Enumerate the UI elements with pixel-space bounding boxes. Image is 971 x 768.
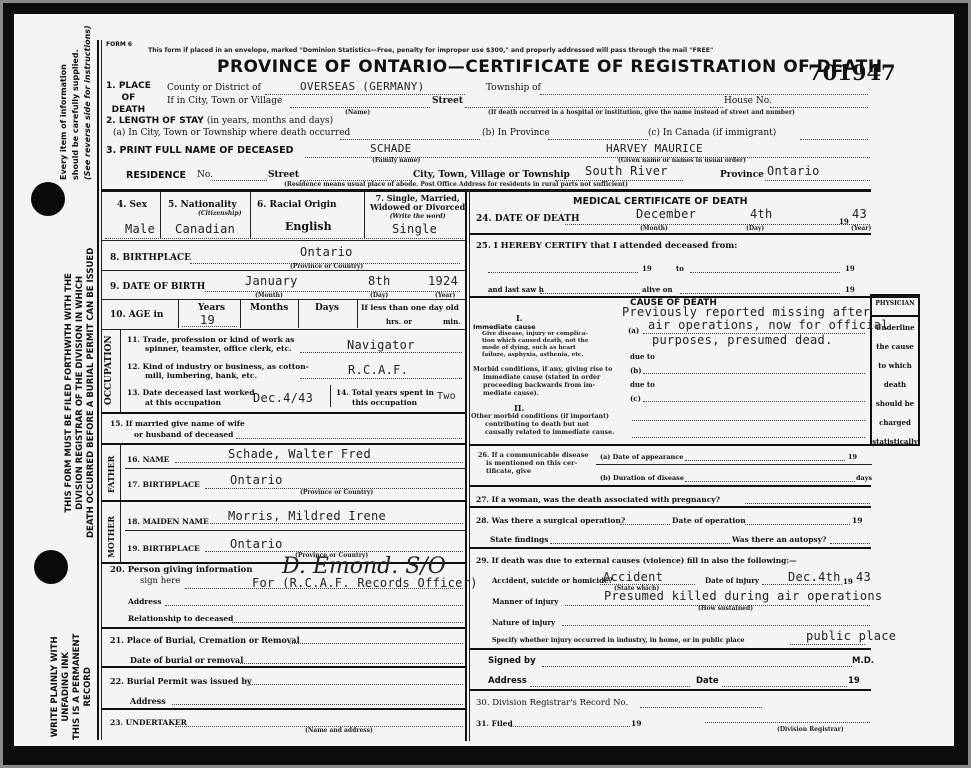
due-to-1: due to [630,352,655,361]
burial-permit-label: 22. Burial Permit was issued by [110,676,252,686]
county-label: County or District of [167,83,261,93]
informant-line [185,588,463,589]
medical-title: MEDICAL CERTIFICATE OF DEATH [573,196,748,207]
filed-line [510,726,630,727]
sex-col-divider [160,192,161,238]
relationship-label: Relationship to deceased [128,614,233,623]
industry-line [300,378,462,379]
punch-hole-top [31,182,65,216]
burial-address-label: Address [130,696,166,706]
external-label: 29. If death was due to external causes … [476,556,797,565]
alive-on-label: alive on [642,285,673,294]
given-name-caption: (Given name or names in usual order) [618,157,746,164]
communicable-a-suffix: 19 [848,453,857,461]
residence-no-label: No. [197,170,213,180]
dod-day-caption: (Day) [746,225,764,232]
township-label: Township of [486,83,541,93]
total-years-value[interactable]: Two [437,391,456,402]
pregnancy-bottom [469,506,871,508]
age-years-label: Years [198,303,225,313]
age-days-label: Days [315,303,339,313]
age-label: 10. AGE in [110,310,163,320]
house-field-line [770,107,868,108]
stay-canada-line [800,139,868,140]
residence-province-label: Province [720,170,764,180]
form-left-border-inner [101,40,102,740]
where-value[interactable]: public place [806,629,896,643]
communicable-b-line [685,481,855,482]
signed-bottom [469,689,871,691]
immediate-label: Immediate cause [473,323,536,331]
communicable-bottom [469,485,871,487]
certify-to-line [690,272,840,273]
communicable-a-label: (a) Date of appearance [600,453,683,461]
sex-value[interactable]: Male [125,222,155,236]
sign-date-line [722,686,847,687]
age-col-1 [178,300,179,328]
mother-side-label: MOTHER [106,516,116,558]
dob-month-value[interactable]: January [245,274,298,288]
cause-line-3[interactable]: purposes, presumed dead. [652,333,833,347]
residence-province-value[interactable]: Ontario [767,164,820,178]
manner-caption: (How sustained) [698,605,753,612]
birthplace-label: 8. BIRTHPLACE [110,253,191,263]
relationship-line [232,622,463,623]
mother-maiden-bottom [125,530,465,531]
spouse-label: 15. If married give name of wife or husb… [110,418,245,440]
surgery-date-suffix: 19 [852,516,862,525]
autopsy-line [830,543,870,544]
age-months-label: Months [250,303,288,313]
nationality-caption: (Citizenship) [198,210,242,217]
street-caption: (If death occurred in a hospital or inst… [488,109,795,116]
other-line-1 [632,420,865,421]
street-field-line [465,107,723,108]
dod-month-value[interactable]: December [636,207,696,221]
personal-row-dots [105,238,463,239]
cause-a-label: (a) [628,326,639,335]
stay-city-line [340,139,480,140]
other-morbid-label: Other morbid conditions (if important) c… [471,413,614,437]
place-of-death-label: 1. PLACE OF DEATH [106,80,151,116]
occupation-side-label: OCCUPATION [104,335,114,405]
residence-caption: (Residence means usual place of abode. P… [284,181,628,188]
industry-value[interactable]: R.C.A.F. [348,363,408,377]
nature-label: Nature of injury [492,618,555,627]
manner-value[interactable]: Presumed killed during air operations [604,589,882,603]
dod-year-prefix: 19 [839,217,849,226]
cause-line-2[interactable]: air operations, now for official [648,318,889,332]
city-field-line [290,107,430,108]
length-of-stay-label: 2. LENGTH OF STAY (in years, months and … [106,116,333,126]
certify-label: 25. I HEREBY CERTIFY that I attended dec… [476,241,737,251]
father-bottom [101,500,465,502]
surgery-date-line [745,524,850,525]
father-name-bottom [125,468,465,469]
manner-label: Manner of injury [492,597,558,606]
county-field-line [265,94,465,95]
nature-line [562,625,870,626]
racial-value[interactable]: English [285,220,332,233]
dod-month-caption: (Month) [640,225,668,232]
pregnancy-label: 27. If a woman, was the death associated… [476,495,720,504]
record-no-line [640,707,762,708]
trade-value[interactable]: Navigator [347,338,415,352]
burial-permit-bottom [101,708,465,710]
morbid-label: Morbid conditions, if any, giving rise t… [473,366,612,398]
injury-year-prefix: 19 [843,577,853,586]
communicable-label: 26. If a communicable disease is mention… [478,451,589,475]
birthplace-caption: (Province or Country) [290,263,363,270]
city-label: If in City, Town or Village [167,96,282,106]
dob-label: 9. DATE OF BIRTH [110,282,205,292]
informant-label: 20. Person giving information sign here [110,565,253,587]
informant-bottom [101,627,465,629]
external-bottom [469,648,871,650]
age-col-2 [240,300,241,328]
age-hrs-label: hrs. or [386,317,412,326]
surgery-date-label: Date of operation [672,516,746,525]
age-bottom [101,329,465,330]
father-birthplace-caption: (Province or Country) [300,489,373,496]
industry-label: 12. Kind of industry or business, as cot… [127,362,309,380]
cause-bottom [469,444,871,446]
father-name-value[interactable]: Schade, Walter Fred [228,447,371,461]
trade-line [300,352,462,353]
informant-address-line [165,605,463,606]
residence-city-label: City, Town, Village or Township [413,170,570,180]
immediate-desc: Give disease, injury or complica- tion w… [482,331,588,359]
physician-header-divider [870,315,918,317]
findings-label: State findings [490,535,549,544]
mother-birthplace-label: 19. BIRTHPLACE [127,544,200,553]
page-title: PROVINCE OF ONTARIO—CERTIFICATE OF REGIS… [217,57,883,77]
physician-note: Underline the cause to which death shoul… [872,318,918,451]
accident-type-value[interactable]: Accident [603,570,663,584]
undertaker-caption: (Name and address) [305,727,373,734]
burial-permit-line [250,684,463,685]
nationality-value[interactable]: Canadian [175,222,235,236]
dob-month-caption: (Month) [255,292,283,299]
physician-header: PHYSICIAN [872,299,918,309]
pregnancy-line [745,503,870,504]
total-years-label: 14. Total years spent in this occupation [336,388,434,408]
occupation-14-divider [330,385,331,407]
last-worked-value[interactable]: Dec.4/43 [253,391,313,405]
where-line [790,644,865,645]
injury-year-value[interactable]: 43 [856,570,871,584]
street-label: Street [432,96,463,106]
racial-label: 6. Racial Origin [257,200,337,210]
alive-on-line [680,293,840,294]
burial-date-label: Date of burial or removal [130,655,243,665]
deceased-name-label: 3. PRINT FULL NAME OF DECEASED [106,145,294,156]
sign-date-label: Date [696,676,719,686]
header-divider [101,189,871,192]
communicable-b-suffix: days [856,474,872,482]
dod-year-value[interactable]: 43 [852,207,867,221]
age-min-label: min. [443,317,461,326]
residence-label: RESIDENCE [126,170,186,181]
marital-value[interactable]: Single [392,222,437,236]
where-label: Specify whether injury occurred in indus… [492,637,745,644]
city-caption: (Name) [345,109,370,116]
house-label: House No. [724,96,772,106]
md-label: M.D. [852,656,874,666]
father-side-label: FATHER [106,456,116,493]
injury-date-label: Date of injury [705,576,759,585]
cause-b-line [643,373,865,374]
trade-label: 11. Trade, profession or kind of work as… [127,335,294,353]
occupation-bottom [101,412,465,414]
dob-year-value[interactable]: 1924 [428,274,458,288]
dod-bottom [469,233,871,235]
father-name-line [175,462,463,463]
form-label: FORM 6 [106,41,132,48]
certify-from-line [488,272,638,273]
last-worked-label: 13. Date deceased last worked at this oc… [127,388,255,408]
dod-day-value[interactable]: 4th [750,207,773,221]
birthplace-bottom [101,270,465,271]
signer-address-label: Address [488,676,527,686]
cause-c-line [643,401,865,402]
punch-hole-bottom [34,550,68,584]
certify-from-19: 19 [642,264,652,273]
father-name-label: 16. NAME [127,455,169,464]
margin-ink-notice: WRITE PLAINLY WITH UNFADING INK THIS IS … [50,634,94,740]
burial-place-line [290,643,463,644]
burial-address-line [172,704,463,705]
certify-to-19: 19 [845,264,855,273]
county-value[interactable]: OVERSEAS (GERMANY) [300,80,425,93]
burial-date-line [240,663,463,664]
dod-label: 24. DATE OF DEATH [476,214,580,224]
center-divider-inner [469,189,470,741]
alive-on-19: 19 [845,285,855,294]
communicable-b-label: (b) Duration of disease [600,474,684,482]
signed-by-line [542,666,852,667]
other-line-2 [632,437,865,438]
last-saw-line [540,293,640,294]
mother-maiden-label: 18. MAIDEN NAME [127,517,209,526]
informant-address-label: Address [128,597,161,606]
findings-line [550,543,730,544]
communicable-a-line [685,460,845,461]
signer-address-line [530,686,690,687]
dob-day-caption: (Day) [370,292,388,299]
form-left-border [97,40,99,740]
dob-day-value[interactable]: 8th [368,274,391,288]
stay-canada-label: (c) In Canada (if immigrant) [648,128,776,138]
dod-line [565,224,870,225]
filed-label: 31. Filed [476,719,513,728]
autopsy-label: Was there an autopsy? [732,535,826,544]
registrar-line [705,722,870,723]
registrar-caption: (Division Registrar) [777,726,844,733]
residence-no-line [212,180,267,181]
spouse-bottom [101,443,465,445]
personal-row-bottom [101,240,465,241]
mother-maiden-line [210,523,463,524]
communicable-mid [596,464,872,465]
mother-maiden-value[interactable]: Morris, Mildred Irene [228,509,386,523]
injury-date-line [762,584,842,585]
roman-2: II. [514,403,524,413]
dob-bottom [101,299,465,300]
father-birthplace-label: 17. BIRTHPLACE [127,480,200,489]
age-col-4 [357,300,358,328]
residence-province-line [765,180,870,181]
spouse-line [236,438,462,439]
marital-label: 7. Single, Married, Widowed or Divorced … [370,194,465,221]
age-col-3 [298,300,299,328]
age-less-label: If less than one day old [361,303,459,312]
accident-type-label: Accident, suicide or homicide? [492,576,613,585]
age-years-value[interactable]: 19 [200,313,215,327]
cause-b-label: (b) [630,366,642,375]
residence-street-label: Street [268,170,299,180]
mother-birthplace-value[interactable]: Ontario [230,537,283,551]
stay-province-label: (b) In Province [482,128,550,138]
occupation-side-divider [120,329,121,414]
cause-line-1[interactable]: Previously reported missing after [622,305,870,319]
dob-year-caption: (Year) [435,292,455,299]
certificate-number: 701947 [808,60,896,85]
residence-city-value[interactable]: South River [585,164,668,178]
father-side-divider [120,443,121,563]
family-name-caption: (Family name) [372,157,420,164]
family-name-value[interactable]: SCHADE [370,142,412,155]
record-no-label: 30. Division Registrar's Record No. [476,698,628,708]
burial-place-label: 21. Place of Burial, Cremation or Remova… [110,635,300,645]
age-years-line [182,326,237,327]
dob-line [205,291,460,292]
stay-city-label: (a) In City, Town or Township where deat… [113,128,350,138]
surgery-bottom [469,547,871,549]
due-to-2: due to [630,380,655,389]
sex-label: 4. Sex [117,200,147,210]
margin-filing-notice: THIS FORM MUST BE FILED FORTHWITH WITH T… [64,248,97,538]
sign-date-suffix: 19 [848,676,860,686]
given-name-value[interactable]: HARVEY MAURICE [606,142,703,155]
stay-province-line [548,139,648,140]
injury-date-value[interactable]: Dec.4th [788,570,841,584]
father-birthplace-value[interactable]: Ontario [230,473,283,487]
cause-c-label: (c) [630,394,641,403]
signed-by-label: Signed by [488,656,536,666]
last-saw-label: and last saw h [488,285,544,294]
center-divider [465,189,467,741]
nat-col-divider [250,192,251,238]
mail-notice: This form if placed in an envelope, mark… [148,47,713,54]
birthplace-value[interactable]: Ontario [300,245,353,259]
race-col-divider [364,192,365,238]
margin-instruction: Every item of information should be care… [58,25,94,180]
roman-1: I. [516,313,523,323]
burial-place-bottom [101,666,465,668]
surgery-line [620,524,670,525]
nationality-label: 5. Nationality [168,200,237,210]
surgery-label: 28. Was there a surgical operation? [476,516,625,525]
township-field-line [540,94,868,95]
filed-suffix: 19 [631,719,641,728]
certify-to-label: to [676,264,684,273]
dod-year-caption: (Year) [851,225,871,232]
